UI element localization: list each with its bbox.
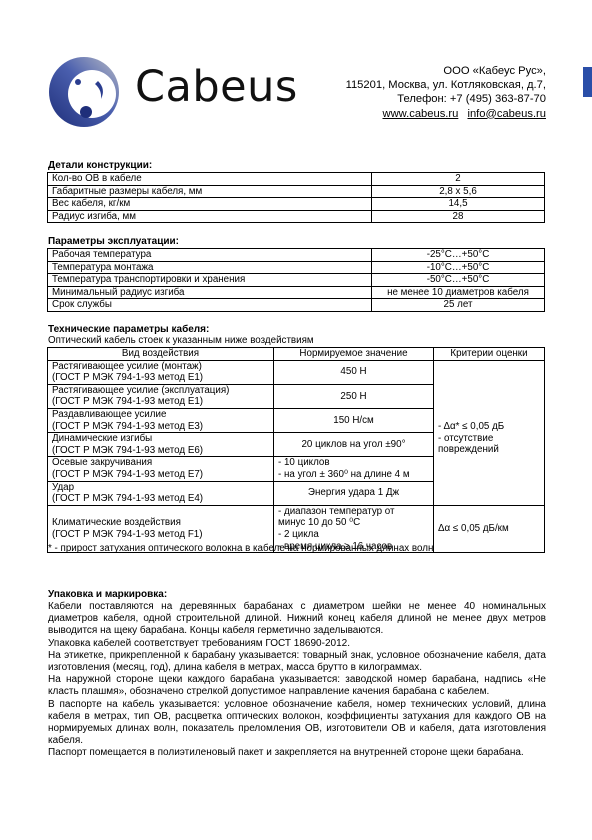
criteria-line: - отсутствие [438, 433, 540, 445]
packaging-paragraph: Кабели поставляются на деревянных бараба… [48, 601, 546, 638]
row-value: 14,5 [372, 198, 545, 211]
row-label: Габаритные размеры кабеля, мм [48, 185, 372, 198]
impact-method: (ГОСТ Р МЭК 794-1-93 метод Е1) [52, 372, 269, 384]
row-value: -10°C…+50°C [372, 261, 545, 274]
value-line: - 2 цикла [278, 529, 429, 541]
impact-cell: Раздавливающее усилие(ГОСТ Р МЭК 794-1-9… [48, 408, 274, 432]
criteria-line: повреждений [438, 444, 540, 456]
impact-method: (ГОСТ Р МЭК 794-1-93 метод Е6) [52, 445, 269, 457]
packaging-text: Кабели поставляются на деревянных бараба… [48, 601, 546, 760]
impact-cell: Удар(ГОСТ Р МЭК 794-1-93 метод Е4) [48, 481, 274, 505]
construction-table: Кол-во ОВ в кабеле2Габаритные размеры ка… [47, 172, 545, 223]
table-row: Температура транспортировки и хранения-5… [48, 274, 545, 287]
value-line: - диапазон температур от [278, 506, 429, 518]
row-label: Минимальный радиус изгиба [48, 286, 372, 299]
packaging-title: Упаковка и маркировка: [48, 589, 167, 600]
table-row: Срок службы25 лет [48, 299, 545, 312]
normative-value: 450 Н [274, 360, 434, 384]
criteria-main: - Δα* ≤ 0,05 дБ- отсутствиеповреждений [434, 360, 545, 505]
table-row: Вес кабеля, кг/км14,5 [48, 198, 545, 211]
normative-value: 150 Н/см [274, 408, 434, 432]
impact-name: Осевые закручивания [52, 457, 269, 469]
impact-cell: Осевые закручивания(ГОСТ Р МЭК 794-1-93 … [48, 457, 274, 481]
row-value: 25 лет [372, 299, 545, 312]
website-link[interactable]: www.cabeus.ru [383, 108, 459, 120]
criteria-line: - Δα* ≤ 0,05 дБ [438, 421, 540, 433]
table-row: Кол-во ОВ в кабеле2 [48, 173, 545, 186]
table-row: Растягивающее усилие (монтаж)(ГОСТ Р МЭК… [48, 360, 545, 384]
impact-cell: Динамические изгибы(ГОСТ Р МЭК 794-1-93 … [48, 433, 274, 457]
row-value: 2 [372, 173, 545, 186]
impact-method: (ГОСТ Р МЭК 794-1-93 метод Е3) [52, 421, 269, 433]
impact-method: (ГОСТ Р МЭК 794-1-93 метод Е4) [52, 493, 269, 505]
cabeus-logo-icon [48, 56, 120, 128]
row-label: Радиус изгиба, мм [48, 210, 372, 223]
table-row: Температура монтажа-10°C…+50°C [48, 261, 545, 274]
row-value: -25°C…+50°C [372, 249, 545, 262]
value-line: - 10 циклов [278, 457, 429, 469]
table-row: Рабочая температура-25°C…+50°C [48, 249, 545, 262]
row-label: Температура транспортировки и хранения [48, 274, 372, 287]
criteria-climate: Δα ≤ 0,05 дБ/км [434, 505, 545, 552]
impact-method: (ГОСТ Р МЭК 794-1-93 метод F1) [52, 529, 269, 541]
row-value: -50°C…+50°C [372, 274, 545, 287]
value-line: - на угол ± 360⁰ на длине 4 м [278, 469, 429, 481]
value-line: минус 10 до 50 ⁰С [278, 517, 429, 529]
normative-value: 250 Н [274, 384, 434, 408]
impact-method: (ГОСТ Р МЭК 794-1-93 метод Е1) [52, 396, 269, 408]
impact-cell: Растягивающее усилие (эксплуатация)(ГОСТ… [48, 384, 274, 408]
impact-name: Растягивающее усилие (монтаж) [52, 361, 269, 373]
packaging-paragraph: На наружной стороне щеки каждого барабан… [48, 674, 546, 698]
impact-name: Динамические изгибы [52, 433, 269, 445]
normative-value: Энергия удара 1 Дж [274, 481, 434, 505]
email-link[interactable]: info@cabeus.ru [467, 108, 546, 120]
technical-title: Технические параметры кабеля: [48, 324, 209, 335]
row-value: 2,8 х 5,6 [372, 185, 545, 198]
header-criteria: Критерии оценки [434, 348, 545, 361]
impact-cell: Растягивающее усилие (монтаж)(ГОСТ Р МЭК… [48, 360, 274, 384]
row-label: Вес кабеля, кг/км [48, 198, 372, 211]
logo-text: Cabeus [135, 62, 298, 112]
row-label: Рабочая температура [48, 249, 372, 262]
packaging-paragraph: На этикетке, прикрепленной к барабану ук… [48, 650, 546, 674]
construction-title: Детали конструкции: [48, 160, 152, 171]
header-normative-value: Нормируемое значение [274, 348, 434, 361]
packaging-paragraph: В паспорте на кабель указывается: условн… [48, 699, 546, 748]
impact-name: Климатические воздействия [52, 517, 269, 529]
normative-value: 20 циклов на угол ±90° [274, 433, 434, 457]
header-impact-type: Вид воздействия [48, 348, 274, 361]
company-name: ООО «Кабеус Рус», [346, 64, 546, 78]
packaging-paragraph: Паспорт помещается в полиэтиленовый паке… [48, 747, 546, 759]
impact-method: (ГОСТ Р МЭК 794-1-93 метод Е7) [52, 469, 269, 481]
operation-title: Параметры эксплуатации: [48, 236, 179, 247]
impact-name: Раздавливающее усилие [52, 409, 269, 421]
impact-name: Растягивающее усилие (эксплуатация) [52, 385, 269, 397]
table-row: Радиус изгиба, мм28 [48, 210, 545, 223]
row-label: Температура монтажа [48, 261, 372, 274]
row-label: Кол-во ОВ в кабеле [48, 173, 372, 186]
row-label: Срок службы [48, 299, 372, 312]
impact-name: Удар [52, 482, 269, 494]
normative-value: - 10 циклов- на угол ± 360⁰ на длине 4 м [274, 457, 434, 481]
packaging-paragraph: Упаковка кабелей соответствует требовани… [48, 638, 546, 650]
operation-table: Рабочая температура-25°C…+50°CТемператур… [47, 248, 545, 312]
footnote: * - прирост затухания оптического волокн… [48, 543, 433, 554]
company-phone: Телефон: +7 (495) 363-87-70 [346, 92, 546, 106]
company-address: 115201, Москва, ул. Котляковская, д.7, [346, 78, 546, 92]
brand-side-bar [583, 67, 592, 97]
technical-table: Вид воздействия Нормируемое значение Кри… [47, 347, 545, 553]
technical-subtitle: Оптический кабель стоек к указанным ниже… [48, 335, 314, 346]
table-row: Минимальный радиус изгибане менее 10 диа… [48, 286, 545, 299]
table-row: Габаритные размеры кабеля, мм2,8 х 5,6 [48, 185, 545, 198]
company-info: ООО «Кабеус Рус», 115201, Москва, ул. Ко… [346, 64, 546, 121]
row-value: 28 [372, 210, 545, 223]
row-value: не менее 10 диаметров кабеля [372, 286, 545, 299]
